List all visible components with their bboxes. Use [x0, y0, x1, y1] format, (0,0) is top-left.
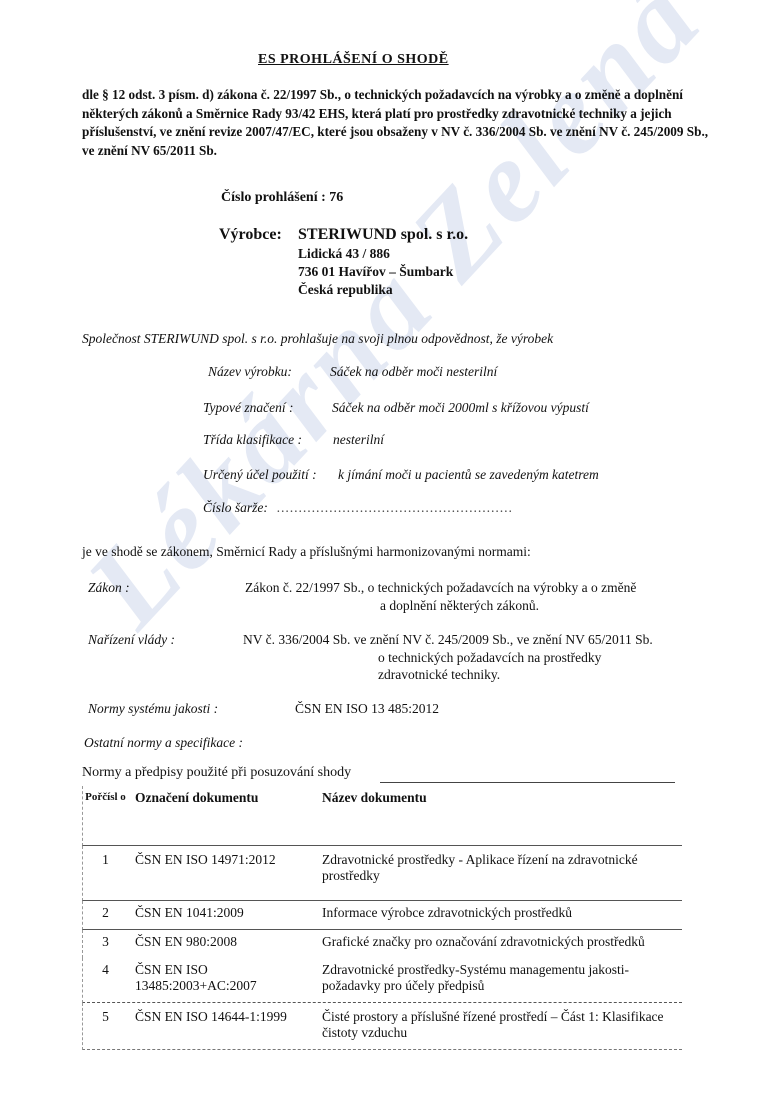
row-document-name: Grafické značky pro označování zdravotni…	[318, 934, 682, 958]
batch-number-label: Číslo šarže:	[203, 500, 268, 516]
product-name-label: Název výrobku:	[208, 364, 292, 380]
intended-use-value: k jímání moči u pacientů se zavedeným ka…	[338, 467, 599, 483]
conformity-statement: je ve shodě se zákonem, Směrnicí Rady a …	[82, 544, 531, 560]
table-row: 5 ČSN EN ISO 14644-1:1999 Čisté prostory…	[82, 1003, 682, 1050]
manufacturer-name: STERIWUND spol. s r.o.	[298, 226, 468, 244]
row-document-name: Čisté prostory a příslušné řízené prostř…	[318, 1009, 682, 1049]
quality-norms-label: Normy systému jakosti :	[88, 701, 218, 717]
header-document-name: Název dokumentu	[318, 790, 682, 845]
table-row: 3 ČSN EN 980:2008 Grafické značky pro oz…	[82, 930, 682, 958]
classification-label: Třída klasifikace :	[203, 432, 302, 448]
responsibility-statement: Společnost STERIWUND spol. s r.o. prohla…	[82, 331, 553, 347]
header-order-number: Pořčísl o	[83, 790, 128, 845]
norms-table: Pořčísl o Označení dokumentu Název dokum…	[82, 786, 682, 1050]
row-document-name: Informace výrobce zdravotnických prostře…	[318, 905, 682, 929]
row-number: 3	[83, 934, 128, 958]
row-document-code: ČSN EN ISO 14644-1:1999	[128, 1009, 318, 1049]
table-header-row: Pořčísl o Označení dokumentu Název dokum…	[82, 786, 682, 846]
manufacturer-street: Lidická 43 / 886	[298, 246, 390, 262]
product-type-value: Sáček na odběr moči 2000ml s křížovou vý…	[332, 400, 589, 416]
other-norms-label: Ostatní normy a specifikace :	[84, 735, 243, 751]
row-number: 2	[83, 905, 128, 929]
norms-table-title: Normy a předpisy použité při posuzování …	[82, 765, 351, 781]
row-number: 5	[83, 1009, 128, 1049]
product-type-label: Typové značení :	[203, 400, 293, 416]
document-title: ES PROHLÁŠENÍ O SHODĚ	[258, 52, 449, 68]
quality-norms-value: ČSN EN ISO 13 485:2012	[295, 701, 439, 717]
row-document-code: ČSN EN 1041:2009	[128, 905, 318, 929]
law-line-1: Zákon č. 22/1997 Sb., o technických poža…	[245, 580, 636, 596]
row-document-code: ČSN EN ISO 14971:2012	[128, 852, 318, 900]
regulation-line-2: o technických požadavcích na prostředky	[378, 650, 601, 666]
row-document-code: ČSN EN ISO 13485:2003+AC:2007	[128, 962, 318, 1002]
regulation-line-3: zdravotnické techniky.	[378, 667, 500, 683]
regulation-label: Nařízení vlády :	[88, 632, 175, 648]
row-document-code: ČSN EN 980:2008	[128, 934, 318, 958]
table-row: 4 ČSN EN ISO 13485:2003+AC:2007 Zdravotn…	[82, 958, 682, 1003]
product-name-value: Sáček na odběr moči nesterilní	[330, 364, 497, 380]
header-document-code: Označení dokumentu	[128, 790, 318, 845]
declaration-number: Číslo prohlášení : 76	[221, 190, 343, 206]
table-row: 2 ČSN EN 1041:2009 Informace výrobce zdr…	[82, 901, 682, 930]
manufacturer-label: Výrobce:	[219, 226, 282, 244]
row-document-name: Zdravotnické prostředky - Aplikace řízen…	[318, 852, 682, 900]
classification-value: nesterilní	[333, 432, 384, 448]
regulation-line-1: NV č. 336/2004 Sb. ve znění NV č. 245/20…	[243, 632, 653, 648]
manufacturer-city: 736 01 Havířov – Šumbark	[298, 264, 453, 280]
manufacturer-country: Česká republika	[298, 282, 393, 298]
document-page: Lékárna Zelená s.r.o. ES PROHLÁŠENÍ O SH…	[0, 0, 777, 1100]
legal-basis-paragraph: dle § 12 odst. 3 písm. d) zákona č. 22/1…	[82, 86, 722, 160]
table-top-rule	[380, 782, 675, 783]
row-document-name: Zdravotnické prostředky-Systému manageme…	[318, 962, 682, 1002]
row-number: 4	[83, 962, 128, 1002]
batch-number-value: ........................................…	[277, 500, 513, 516]
row-number: 1	[83, 852, 128, 900]
law-label: Zákon :	[88, 580, 130, 596]
law-line-2: a doplnění některých zákonů.	[380, 598, 539, 614]
intended-use-label: Určený účel použití :	[203, 467, 317, 483]
table-row: 1 ČSN EN ISO 14971:2012 Zdravotnické pro…	[82, 846, 682, 901]
